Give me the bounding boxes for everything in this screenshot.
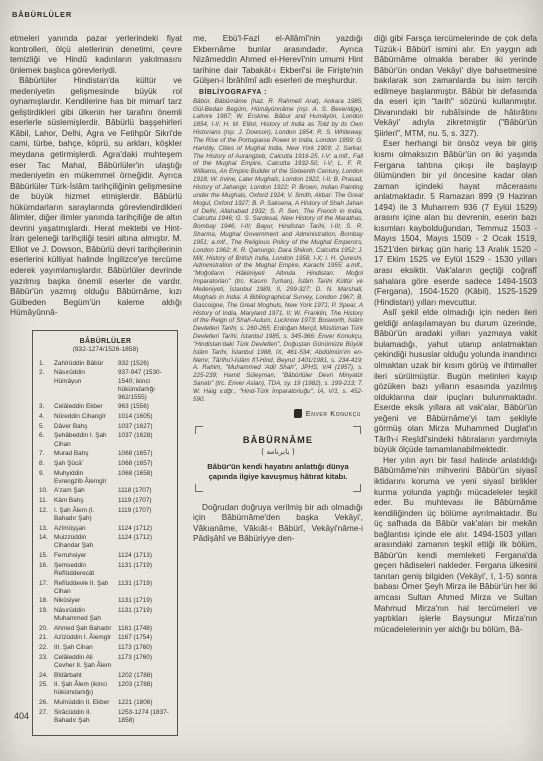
ruler-name: Şemseddin Refîüdderecât — [54, 562, 116, 578]
paragraph: Eser herhangi bir önsöz veya bir giriş k… — [374, 138, 537, 307]
ruler-name: Celâleddin Ali Cevher II. Şah Âlem — [54, 654, 116, 670]
ruler-date: 932 (1526) — [118, 360, 172, 368]
paragraph: Bâbürlüler Hindistan'da kültür ve medeni… — [10, 75, 182, 318]
corner-mark-icon — [195, 484, 203, 492]
ruler-number: 21. — [39, 634, 52, 642]
table-row: 13.Azîmüşşan1124 (1712) — [39, 525, 172, 533]
table-row: 27.Sirâcüddin II. Bahadır Şah1253-1274 (… — [39, 709, 172, 725]
ruler-name: Dâver Bahş — [54, 423, 116, 431]
ruler-name: III. Şah Cihan — [54, 644, 116, 652]
column-middle: me, Ebü'l-Fazl el-Allâmî'nin yazdığı Ekb… — [193, 33, 363, 544]
ruler-number: 10. — [39, 487, 52, 495]
ruler-number: 16. — [39, 562, 52, 578]
ruler-number: 17. — [39, 580, 52, 596]
ruler-name: Nikûsiyer — [54, 597, 116, 605]
table-row: 22.III. Şah Cihan1173 (1760) — [39, 644, 172, 652]
ruler-name: Nûreddin Cihangîr — [54, 413, 116, 421]
ruler-date: 1131 (1719) — [118, 607, 172, 623]
table-row: 8.Şah Şücâ'1068 (1657) — [39, 460, 172, 468]
publisher-mark-icon — [294, 409, 302, 418]
corner-mark-icon — [195, 426, 203, 434]
ruler-name: Refîüddevle II. Şah Cihan — [54, 580, 116, 596]
ruler-name: Nâsırüddin Hümâyun — [54, 369, 116, 401]
ruler-date: 1161 (1748) — [118, 625, 172, 633]
ruler-date: 1068 (1658) — [118, 470, 172, 486]
ruler-date: 1221 (1806) — [118, 699, 172, 707]
ruler-date: 1173 (1760) — [118, 644, 172, 652]
ruler-date: 963 (1556) — [118, 403, 172, 411]
table-row: 19.Nâsırüddin Muhammed Şah1131 (1719) — [39, 607, 172, 623]
paragraph: etmeleri yanında pazar yerlerindeki fiya… — [10, 33, 182, 75]
ruler-date: 1173 (1760) — [118, 654, 172, 670]
author-signature: Enver Konukçu — [193, 409, 361, 418]
article-head: BÂBÜRNÂME ( بابرنامه ) Bâbür'ün kendi ha… — [195, 426, 361, 492]
table-row: 7.Murad Bahş1068 (1657) — [39, 450, 172, 458]
table-row: 10.A'zam Şah1118 (1707) — [39, 487, 172, 495]
ruler-number: 4. — [39, 413, 52, 421]
table-row: 9.Muhyiddin Evrengzîb Âlemgîr1068 (1658) — [39, 470, 172, 486]
table-row: 6.Şehâbeddin I. Şah Cihan1037 (1628) — [39, 432, 172, 448]
ruler-number: 23. — [39, 654, 52, 670]
column-right: diği gibi Farsça tercümelerinde de çok d… — [374, 33, 537, 634]
table-row: 26.Muînüddin II. Ekber1221 (1806) — [39, 699, 172, 707]
article-lead: Bâbür'ün kendi hayatını anlattığı dünya … — [205, 462, 351, 482]
ruler-date: 1119 (1707) — [118, 497, 172, 505]
ruler-number: 20. — [39, 625, 52, 633]
ruler-name: Azîzüddin I. Âlemgîr — [54, 634, 116, 642]
corner-mark-icon — [353, 484, 361, 492]
table-row: 5.Dâver Bahş1037 (1627) — [39, 423, 172, 431]
table-row: 11.Kâm Bahş1119 (1707) — [39, 497, 172, 505]
table-row: 18.Nikûsiyer1131 (1719) — [39, 597, 172, 605]
page-number: 404 — [14, 711, 29, 721]
ruler-date: 1131 (1719) — [118, 562, 172, 578]
ruler-name: Ahmed Şah Bahadır — [54, 625, 116, 633]
ruler-date: 1253-1274 (1837-1858) — [118, 709, 172, 725]
ruler-name: Murad Bahş — [54, 450, 116, 458]
ruler-name: I. Şah Âlem (I. Bahadır Şah) — [54, 507, 116, 523]
ruler-date: 1202 (1788) — [118, 672, 172, 680]
ruler-name: Muizzüddin Cihandar Şah — [54, 534, 116, 550]
ruler-date: 1131 (1719) — [118, 597, 172, 605]
table-row: 16.Şemseddin Refîüdderecât1131 (1719) — [39, 562, 172, 578]
ruler-number: 27. — [39, 709, 52, 725]
ruler-date: 1037 (1628) — [118, 432, 172, 448]
ruler-date: 1124 (1712) — [118, 534, 172, 550]
ruler-number: 14. — [39, 534, 52, 550]
ruler-name: Celâleddin Ekber — [54, 403, 116, 411]
ruler-number: 24. — [39, 672, 52, 680]
ruler-date: 1118 (1707) — [118, 487, 172, 495]
table-row: 15.Ferruhsiyer1124 (1713) — [39, 552, 172, 560]
ruler-name: Zahîrüddin Bâbür — [54, 360, 116, 368]
article-title-arabic: ( بابرنامه ) — [205, 447, 351, 456]
ruler-date: 1068 (1657) — [118, 460, 172, 468]
table-row: 2.Nâsırüddin Hümâyun937-947 (1530-1540; … — [39, 369, 172, 401]
ruler-date: 1124 (1712) — [118, 525, 172, 533]
table-row: 20.Ahmed Şah Bahadır1161 (1748) — [39, 625, 172, 633]
ruler-number: 18. — [39, 597, 52, 605]
ruler-number: 9. — [39, 470, 52, 486]
ruler-name: Muhyiddin Evrengzîb Âlemgîr — [54, 470, 116, 486]
ruler-number: 26. — [39, 699, 52, 707]
ruler-name: Kâm Bahş — [54, 497, 116, 505]
paragraph: Aslî şekil elde olmadığı için neden iler… — [374, 307, 537, 455]
table-row: 24.Bîdârbaht1202 (1788) — [39, 672, 172, 680]
ruler-name: A'zam Şah — [54, 487, 116, 495]
ruler-number: 7. — [39, 450, 52, 458]
column-left: etmeleri yanında pazar yerlerindeki fiya… — [10, 33, 182, 736]
ruler-date: 937-947 (1530-1540; ikinci hükümdarlığı … — [118, 369, 172, 401]
ruler-number: 5. — [39, 423, 52, 431]
ruler-date: 1124 (1713) — [118, 552, 172, 560]
table-row: 4.Nûreddin Cihangîr1014 (1605) — [39, 413, 172, 421]
text-columns: etmeleri yanında pazar yerlerindeki fiya… — [0, 19, 543, 736]
ruler-number: 13. — [39, 525, 52, 533]
ruler-name: Şah Şücâ' — [54, 460, 116, 468]
author-name: Enver Konukçu — [306, 409, 361, 418]
ruler-number: 1. — [39, 360, 52, 368]
running-header: BÂBÜRLÜLER — [12, 10, 543, 19]
ruler-number: 19. — [39, 607, 52, 623]
paragraph: Doğrudan doğruya verilmiş bir adı olmadı… — [193, 502, 363, 544]
ruler-number: 8. — [39, 460, 52, 468]
rulers-table-subtitle: (932-1274/1526-1858) — [39, 346, 172, 353]
scanned-encyclopedia-page: BÂBÜRLÜLER etmeleri yanında pazar yerler… — [0, 0, 543, 761]
ruler-number: 15. — [39, 552, 52, 560]
table-row: 12.I. Şah Âlem (I. Bahadır Şah)1119 (170… — [39, 507, 172, 523]
ruler-name: Bîdârbaht — [54, 672, 116, 680]
table-row: 23.Celâleddin Ali Cevher II. Şah Âlem117… — [39, 654, 172, 670]
article-title: BÂBÜRNÂME — [205, 435, 351, 445]
ruler-number: 25. — [39, 681, 52, 697]
ruler-date: 1167 (1754) — [118, 634, 172, 642]
ruler-number: 3. — [39, 403, 52, 411]
paragraph: me, Ebü'l-Fazl el-Allâmî'nin yazdığı Ekb… — [193, 33, 363, 86]
ruler-date: 1119 (1707) — [118, 507, 172, 523]
rulers-table: BÂBÜRLÜLER (932-1274/1526-1858) 1.Zahîrü… — [32, 330, 178, 736]
ruler-name: Ferruhsiyer — [54, 552, 116, 560]
ruler-name: II. Şah Âlem (ikinci hükümdarlığı) — [54, 681, 116, 697]
table-row: 25.II. Şah Âlem (ikinci hükümdarlığı)120… — [39, 681, 172, 697]
ruler-number: 12. — [39, 507, 52, 523]
bibliography-header: BİBLİYOGRAFYA : — [199, 89, 363, 96]
ruler-date: 1014 (1605) — [118, 413, 172, 421]
corner-mark-icon — [353, 426, 361, 434]
ruler-name: Sirâcüddin II. Bahadır Şah — [54, 709, 116, 725]
table-row: 17.Refîüddevle II. Şah Cihan1131 (1719) — [39, 580, 172, 596]
ruler-name: Azîmüşşan — [54, 525, 116, 533]
bibliography-text: Bâbür, Bâbürnâme (haz. R. Rahmetî Arat),… — [193, 98, 363, 404]
paragraph: Her yılın ayrı bir fasıl halinde anlatıl… — [374, 455, 537, 634]
ruler-date: 1068 (1657) — [118, 450, 172, 458]
table-row: 14.Muizzüddin Cihandar Şah1124 (1712) — [39, 534, 172, 550]
table-row: 1.Zahîrüddin Bâbür932 (1526) — [39, 360, 172, 368]
ruler-number: 2. — [39, 369, 52, 401]
ruler-date: 1203 (1788) — [118, 681, 172, 697]
table-row: 3.Celâleddin Ekber963 (1556) — [39, 403, 172, 411]
ruler-date: 1131 (1719) — [118, 580, 172, 596]
ruler-name: Muînüddin II. Ekber — [54, 699, 116, 707]
table-row: 21.Azîzüddin I. Âlemgîr1167 (1754) — [39, 634, 172, 642]
ruler-name: Şehâbeddin I. Şah Cihan — [54, 432, 116, 448]
ruler-number: 11. — [39, 497, 52, 505]
ruler-name: Nâsırüddin Muhammed Şah — [54, 607, 116, 623]
ruler-number: 6. — [39, 432, 52, 448]
ruler-number: 22. — [39, 644, 52, 652]
paragraph: diği gibi Farsça tercümelerinde de çok d… — [374, 33, 537, 138]
rulers-table-title: BÂBÜRLÜLER — [39, 338, 172, 345]
ruler-date: 1037 (1627) — [118, 423, 172, 431]
